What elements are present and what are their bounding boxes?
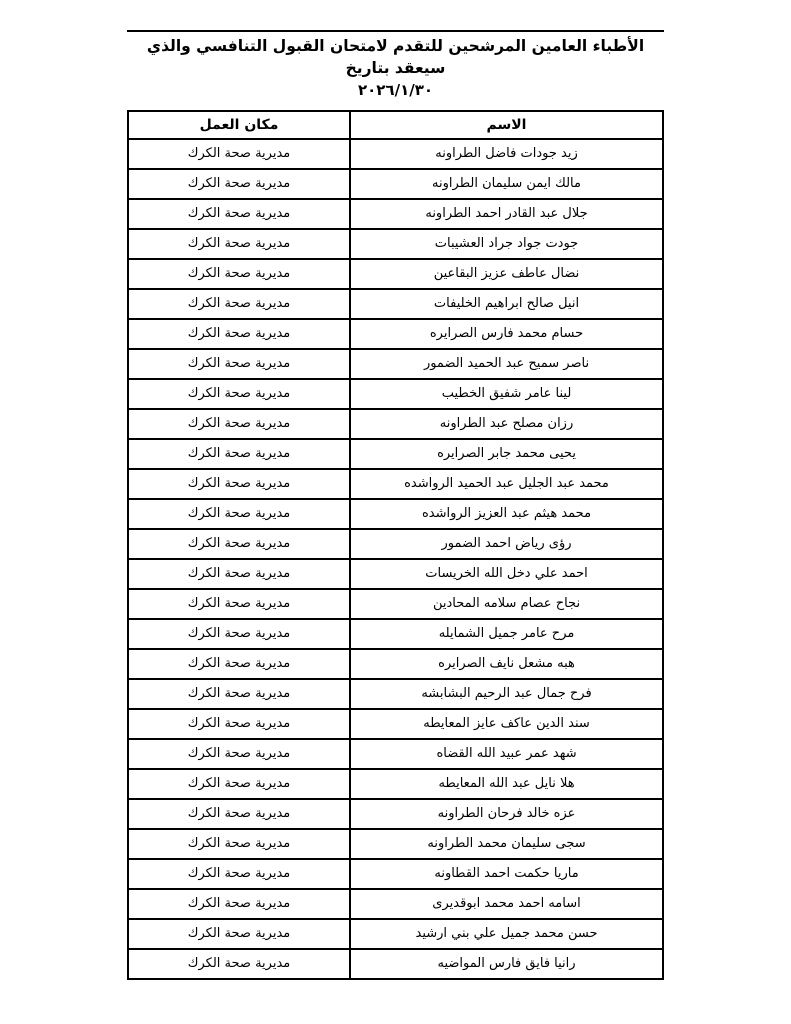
workplace-cell: مديرية صحة الكرك [128,499,350,529]
workplace-cell: مديرية صحة الكرك [128,349,350,379]
name-cell: سند الدين عاكف عايز المعايطه [350,709,663,739]
workplace-cell: مديرية صحة الكرك [128,169,350,199]
header-rule [127,30,664,32]
workplace-cell: مديرية صحة الكرك [128,199,350,229]
workplace-cell: مديرية صحة الكرك [128,439,350,469]
table-row: مرح عامر جميل الشمايلهمديرية صحة الكرك [128,619,663,649]
workplace-cell: مديرية صحة الكرك [128,589,350,619]
name-cell: شهد عمر عبيد الله القضاه [350,739,663,769]
table-row: محمد هيثم عبد العزيز الرواشدهمديرية صحة … [128,499,663,529]
table-row: رزان مصلح عبد الطراونهمديرية صحة الكرك [128,409,663,439]
workplace-cell: مديرية صحة الكرك [128,139,350,169]
workplace-cell: مديرية صحة الكرك [128,379,350,409]
name-cell: ماريا حكمت احمد القطاونه [350,859,663,889]
workplace-cell: مديرية صحة الكرك [128,529,350,559]
name-cell: زيد جودات فاضل الطراونه [350,139,663,169]
name-cell: اسامه احمد محمد ابوقديرى [350,889,663,919]
table-row: اسامه احمد محمد ابوقديرىمديرية صحة الكرك [128,889,663,919]
table-row: يحيى محمد جابر الصرايرهمديرية صحة الكرك [128,439,663,469]
name-cell: يحيى محمد جابر الصرايره [350,439,663,469]
workplace-cell: مديرية صحة الكرك [128,859,350,889]
name-cell: مرح عامر جميل الشمايله [350,619,663,649]
table-row: نجاح عصام سلامه المحادينمديرية صحة الكرك [128,589,663,619]
workplace-cell: مديرية صحة الكرك [128,469,350,499]
table-row: فرح جمال عبد الرحيم البشابشهمديرية صحة ا… [128,679,663,709]
name-cell: محمد عبد الجليل عبد الحميد الرواشده [350,469,663,499]
workplace-cell: مديرية صحة الكرك [128,289,350,319]
name-cell: هلا نايل عبد الله المعايطه [350,769,663,799]
workplace-cell: مديرية صحة الكرك [128,769,350,799]
document-page: الأطباء العامين المرشحين للتقدم لامتحان … [0,0,791,1024]
table-row: رانيا فايق فارس المواضيهمديرية صحة الكرك [128,949,663,979]
column-header-name: الاسم [350,111,663,139]
name-cell: حسام محمد فارس الصرايره [350,319,663,349]
table-row: احمد علي دخل الله الخريساتمديرية صحة الك… [128,559,663,589]
name-cell: حسن محمد جميل علي بني ارشيد [350,919,663,949]
table-row: مالك ايمن سليمان الطراونهمديرية صحة الكر… [128,169,663,199]
name-cell: رزان مصلح عبد الطراونه [350,409,663,439]
workplace-cell: مديرية صحة الكرك [128,319,350,349]
workplace-cell: مديرية صحة الكرك [128,229,350,259]
workplace-cell: مديرية صحة الكرك [128,649,350,679]
table-row: جلال عبد القادر احمد الطراونهمديرية صحة … [128,199,663,229]
table-row: شهد عمر عبيد الله القضاهمديرية صحة الكرك [128,739,663,769]
name-cell: ناصر سميح عبد الحميد الضمور [350,349,663,379]
workplace-cell: مديرية صحة الكرك [128,619,350,649]
table-row: زيد جودات فاضل الطراونهمديرية صحة الكرك [128,139,663,169]
table-row: جودت جواد جراد العشيباتمديرية صحة الكرك [128,229,663,259]
table-row: عزه خالد فرحان الطراونهمديرية صحة الكرك [128,799,663,829]
name-cell: رانيا فايق فارس المواضيه [350,949,663,979]
table-row: محمد عبد الجليل عبد الحميد الرواشدهمديري… [128,469,663,499]
name-cell: عزه خالد فرحان الطراونه [350,799,663,829]
name-cell: نجاح عصام سلامه المحادين [350,589,663,619]
name-cell: فرح جمال عبد الرحيم البشابشه [350,679,663,709]
workplace-cell: مديرية صحة الكرك [128,409,350,439]
table-row: سند الدين عاكف عايز المعايطهمديرية صحة ا… [128,709,663,739]
table-row: سجى سليمان محمد الطراونهمديرية صحة الكرك [128,829,663,859]
name-cell: سجى سليمان محمد الطراونه [350,829,663,859]
table-row: هلا نايل عبد الله المعايطهمديرية صحة الك… [128,769,663,799]
table-row: لينا عامر شفيق الخطيبمديرية صحة الكرك [128,379,663,409]
name-cell: محمد هيثم عبد العزيز الرواشده [350,499,663,529]
table-row: ناصر سميح عبد الحميد الضمورمديرية صحة ال… [128,349,663,379]
workplace-cell: مديرية صحة الكرك [128,709,350,739]
name-cell: نضال عاطف عزيز البقاعين [350,259,663,289]
page-title-text: الأطباء العامين المرشحين للتقدم لامتحان … [127,35,664,80]
workplace-cell: مديرية صحة الكرك [128,949,350,979]
workplace-cell: مديرية صحة الكرك [128,919,350,949]
table-row: هبه مشعل نايف الصرايرهمديرية صحة الكرك [128,649,663,679]
candidates-table: الاسم مكان العمل زيد جودات فاضل الطراونه… [127,110,664,980]
name-cell: رؤى رياض احمد الضمور [350,529,663,559]
name-cell: جودت جواد جراد العشيبات [350,229,663,259]
page-title: الأطباء العامين المرشحين للتقدم لامتحان … [127,35,664,102]
workplace-cell: مديرية صحة الكرك [128,679,350,709]
table-row: رؤى رياض احمد الضمورمديرية صحة الكرك [128,529,663,559]
workplace-cell: مديرية صحة الكرك [128,829,350,859]
table-row: حسن محمد جميل علي بني ارشيدمديرية صحة ال… [128,919,663,949]
exam-date: ٢٠٢٦/١/٣٠ [127,80,664,102]
name-cell: احمد علي دخل الله الخريسات [350,559,663,589]
workplace-cell: مديرية صحة الكرك [128,259,350,289]
workplace-cell: مديرية صحة الكرك [128,739,350,769]
name-cell: مالك ايمن سليمان الطراونه [350,169,663,199]
name-cell: انيل صالح ابراهيم الخليفات [350,289,663,319]
workplace-cell: مديرية صحة الكرك [128,559,350,589]
table-row: ماريا حكمت احمد القطاونهمديرية صحة الكرك [128,859,663,889]
table-row: انيل صالح ابراهيم الخليفاتمديرية صحة الك… [128,289,663,319]
column-header-workplace: مكان العمل [128,111,350,139]
table-header-row: الاسم مكان العمل [128,111,663,139]
name-cell: لينا عامر شفيق الخطيب [350,379,663,409]
name-cell: جلال عبد القادر احمد الطراونه [350,199,663,229]
table-body: زيد جودات فاضل الطراونهمديرية صحة الكركم… [128,139,663,979]
workplace-cell: مديرية صحة الكرك [128,889,350,919]
workplace-cell: مديرية صحة الكرك [128,799,350,829]
table-row: حسام محمد فارس الصرايرهمديرية صحة الكرك [128,319,663,349]
table-row: نضال عاطف عزيز البقاعينمديرية صحة الكرك [128,259,663,289]
name-cell: هبه مشعل نايف الصرايره [350,649,663,679]
